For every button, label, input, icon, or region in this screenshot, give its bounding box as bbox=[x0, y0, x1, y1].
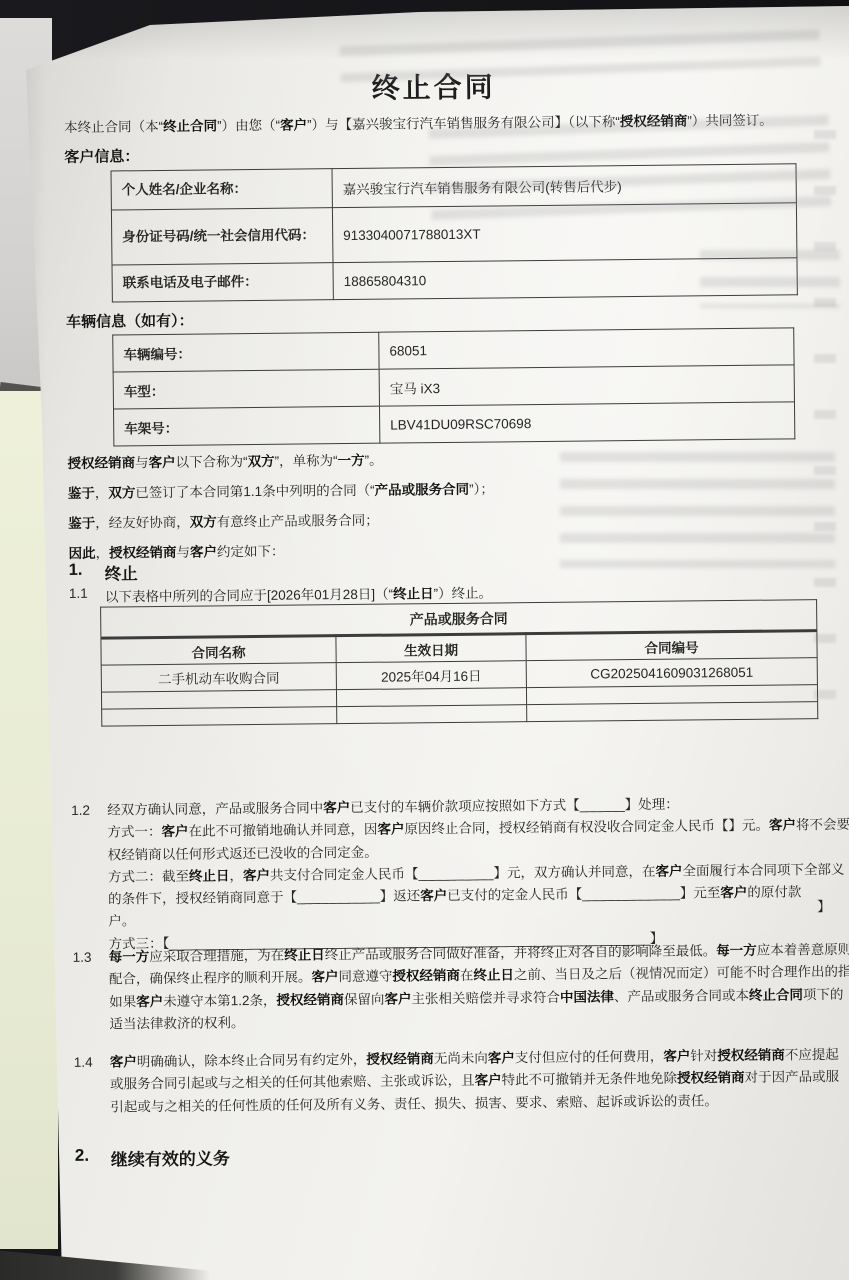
section-2-number: 2. bbox=[75, 1146, 111, 1171]
table-cell bbox=[101, 690, 336, 709]
table-cell: LBV41DU09RSC70698 bbox=[379, 402, 794, 443]
bleedthrough-ghost-text bbox=[700, 250, 840, 308]
text-line: 鉴于，双方已签订了本合同第1.1条中列明的合同（“产品或服务合同”）； bbox=[68, 474, 494, 508]
table-row: 车架号：LBV41DU09RSC70698 bbox=[114, 402, 795, 446]
vehicle-info-heading: 车辆信息（如有）： bbox=[66, 310, 194, 332]
clause-1-4: 1.4 客户明确确认，除本终止合同另有约定外，授权经销商无尚未向客户支付但应付的… bbox=[74, 1044, 840, 1119]
table-row: 联系电话及电子邮件：18865804310 bbox=[112, 258, 797, 302]
table-row bbox=[101, 685, 817, 709]
text-line: 或服务合同引起或与之相关的任何其他索赔、主张或诉讼，且客户特此不可撤销并无条件地… bbox=[110, 1066, 839, 1096]
text-line: 配合，确保终止程序的顺利开展。客户同意遵守授权经销商在终止日之前、当日及之后（视… bbox=[109, 961, 849, 991]
bleedthrough-ghost-text bbox=[560, 452, 835, 568]
text-line: 每一方应采取合理措施，为在终止日终止产品或服务合同做好准备，并将终止对各自的影响… bbox=[109, 939, 849, 969]
table-row bbox=[102, 702, 818, 726]
table-row: 身份证号码/统一社会信用代码：9133040071788013XT bbox=[111, 203, 797, 265]
clause-1-4-number: 1.4 bbox=[74, 1052, 110, 1075]
section-1-heading: 1. 终止 bbox=[69, 560, 138, 585]
clause-1-4-text: 客户明确确认，除本终止合同另有约定外，授权经销商无尚未向客户支付但应付的任何费用… bbox=[110, 1044, 840, 1119]
clause-1-2-text: 经双方确认同意，产品或服务合同中客户已支付的车辆价款项应按照如下方式【_____… bbox=[107, 792, 849, 956]
table-cell bbox=[526, 685, 817, 705]
text-line: 方式三：【___________________________________… bbox=[108, 926, 849, 956]
text-line: 户。 bbox=[108, 903, 849, 933]
table-cell: 9133040071788013XT bbox=[332, 203, 797, 263]
table-cell: 二手机动车收购合同 bbox=[101, 663, 336, 692]
table-cell bbox=[102, 707, 337, 726]
text-line: 客户明确确认，除本终止合同另有约定外，授权经销商无尚未向客户支付但应付的任何费用… bbox=[110, 1044, 839, 1074]
clause-1-1: 1.1 以下表格中所列的合同应于[2026年01月28日]（“终止日”）终止。 bbox=[69, 582, 492, 606]
table-cell bbox=[527, 702, 818, 722]
document-content: 终止合同 本终止合同（本“终止合同”）由您（“客户”）与【嘉兴骏宝行汽车销售服务… bbox=[63, 0, 849, 1280]
column-contract-name: 合同名称 bbox=[101, 636, 336, 665]
table-cell: 车架号： bbox=[114, 406, 380, 446]
clause-1-1-number: 1.1 bbox=[69, 586, 105, 601]
table-cell: 嘉兴骏宝行汽车销售服务有限公司(转售后代步) bbox=[332, 164, 796, 208]
table-cell: 个人姓名/企业名称： bbox=[111, 169, 332, 210]
column-effective-date: 生效日期 bbox=[336, 634, 526, 663]
table-cell: 18865804310 bbox=[333, 258, 797, 300]
text-line: 方式一：客户在此不可撤销地确认并同意，因客户原因终止合同，授权经销商有权没收合同… bbox=[107, 814, 849, 844]
clause-1-2: 1.2 经双方确认同意，产品或服务合同中客户已支付的车辆价款项应按照如下方式【_… bbox=[71, 792, 849, 956]
customer-info-heading: 客户信息： bbox=[64, 145, 139, 167]
table-row: 二手机动车收购合同2025年04月16日CG202504160903126805… bbox=[101, 658, 817, 692]
blank-closing-bracket: 】 bbox=[817, 895, 831, 915]
text-line: 如果客户未遵守本第1.2条，授权经销商保留向客户主张相关赔偿并寻求符合中国法律、… bbox=[109, 983, 849, 1013]
text-line: 鉴于，经友好协商，双方有意终止产品或服务合同； bbox=[68, 504, 494, 538]
table-cell: 联系电话及电子邮件： bbox=[112, 263, 333, 303]
photo-of-contract: 终止合同 本终止合同（本“终止合同”）由您（“客户”）与【嘉兴骏宝行汽车销售服务… bbox=[0, 0, 849, 1280]
text-line: 引起或与之相关的任何性质的任何及所有义务、责任、损失、损害、要求、索赔、起诉或诉… bbox=[110, 1089, 839, 1119]
vehicle-info-table: 车辆编号：68051车型：宝马 iX3车架号：LBV41DU09RSC70698 bbox=[112, 327, 795, 446]
text-line: 的条件下，授权经销商同意于【___________】返还客户已支付的定金人民币【… bbox=[108, 881, 849, 911]
intro-paragraph: 本终止合同（本“终止合同”）由您（“客户”）与【嘉兴骏宝行汽车销售服务有限公司】… bbox=[64, 109, 773, 136]
table-cell bbox=[336, 688, 526, 707]
bleedthrough-ghost-text bbox=[340, 30, 821, 83]
column-contract-number: 合同编号 bbox=[526, 631, 817, 661]
text-line: 因此，授权经销商与客户约定如下： bbox=[68, 534, 494, 568]
table-row: 个人姓名/企业名称：嘉兴骏宝行汽车销售服务有限公司(转售后代步) bbox=[111, 164, 796, 210]
section-1-title: 终止 bbox=[105, 560, 138, 584]
table-cell: 身份证号码/统一社会信用代码： bbox=[111, 208, 333, 265]
clause-1-3: 1.3 每一方应采取合理措施，为在终止日终止产品或服务合同做好准备，并将终止对各… bbox=[73, 939, 849, 1036]
table-cell: 2025年04月16日 bbox=[336, 661, 526, 690]
table-cell: 68051 bbox=[379, 328, 794, 369]
table-cell: 车型： bbox=[113, 369, 379, 409]
bleedthrough-margin-marks bbox=[814, 130, 836, 730]
text-line: 授权经销商与客户以下合称为“双方”，单称为“一方”。 bbox=[67, 445, 493, 479]
table-cell: CG2025041609031268051 bbox=[526, 658, 817, 688]
text-line: 方式二：截至终止日，客户共支付合同定金人民币【__________】元，双方确认… bbox=[108, 859, 849, 889]
preamble-paragraphs: 授权经销商与客户以下合称为“双方”，单称为“一方”。鉴于，双方已签订了本合同第1… bbox=[67, 445, 494, 569]
clause-1-1-text: 以下表格中所列的合同应于[2026年01月28日]（“终止日”）终止。 bbox=[105, 582, 492, 606]
clause-1-3-number: 1.3 bbox=[73, 947, 109, 970]
customer-info-table: 个人姓名/企业名称：嘉兴骏宝行汽车销售服务有限公司(转售后代步)身份证号码/统一… bbox=[111, 163, 798, 302]
text-line: 权经销商以任何形式返还已没收的合同定金。 bbox=[108, 836, 849, 866]
clause-1-3-text: 每一方应采取合理措施，为在终止日终止产品或服务合同做好准备，并将终止对各自的影响… bbox=[109, 939, 849, 1036]
contract-paper-sheet: 终止合同 本终止合同（本“终止合同”）由您（“客户”）与【嘉兴骏宝行汽车销售服务… bbox=[0, 0, 849, 1280]
text-line: 适当法律救济的权利。 bbox=[109, 1006, 849, 1036]
table-cell: 宝马 iX3 bbox=[379, 365, 794, 406]
contracts-table-title: 产品或服务合同 bbox=[101, 600, 817, 638]
table-row: 车辆编号：68051 bbox=[113, 328, 794, 372]
clause-1-2-number: 1.2 bbox=[71, 800, 107, 823]
document-title: 终止合同 bbox=[63, 62, 803, 110]
section-2-title: 继续有效的义务 bbox=[111, 1144, 230, 1170]
bleedthrough-ghost-text bbox=[429, 115, 832, 221]
text-line: 经双方确认同意，产品或服务合同中客户已支付的车辆价款项应按照如下方式【_____… bbox=[107, 792, 849, 822]
section-2-heading: 2. 继续有效的义务 bbox=[75, 1144, 230, 1171]
contracts-table: 产品或服务合同 合同名称 生效日期 合同编号 二手机动车收购合同2025年04月… bbox=[100, 599, 818, 727]
table-cell bbox=[337, 705, 527, 724]
section-1-number: 1. bbox=[69, 561, 105, 585]
table-cell: 车辆编号： bbox=[113, 332, 379, 372]
table-row: 车型：宝马 iX3 bbox=[113, 365, 794, 409]
